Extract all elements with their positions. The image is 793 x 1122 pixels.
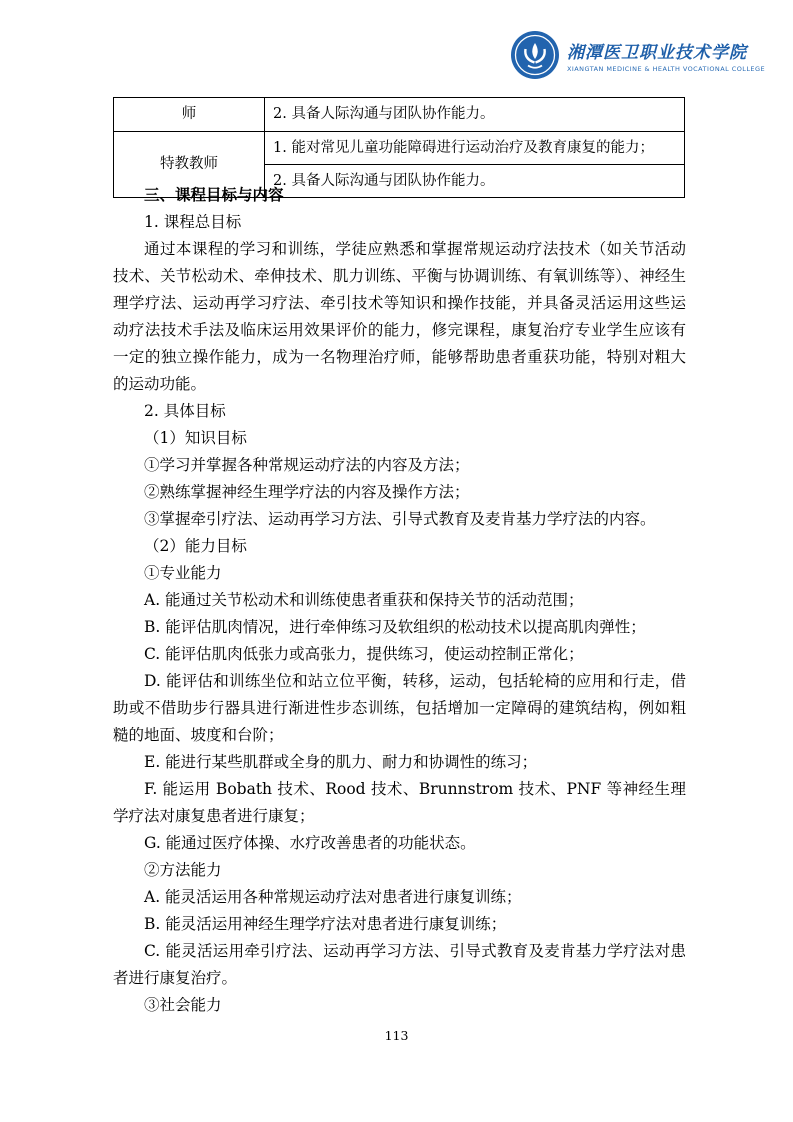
page-number: 113 [0,1028,793,1043]
subsection-title: 2. 具体目标 [113,398,686,425]
subsection-title: 1. 课程总目标 [113,209,686,236]
list-item: A. 能灵活运用各种常规运动疗法对患者进行康复训练； [113,884,686,911]
subsection-title: （2）能力目标 [113,533,686,560]
list-item: B. 能评估肌肉情况，进行牵伸练习及软组织的松动技术以提高肌肉弹性； [113,614,686,641]
list-item: B. 能灵活运用神经生理学疗法对患者进行康复训练； [113,911,686,938]
list-item: F. 能运用 Bobath 技术、Rood 技术、Brunnstrom 技术、P… [113,776,686,830]
body-text: 三、课程目标与内容 1. 课程总目标 通过本课程的学习和训练，学徒应熟悉和掌握常… [113,182,686,1019]
list-item: C. 能评估肌肉低张力或高张力，提供练习，使运动控制正常化； [113,641,686,668]
list-item: C. 能灵活运用牵引疗法、运动再学习方法、引导式教育及麦肯基力学疗法对患者进行康… [113,938,686,992]
list-item: ②熟练掌握神经生理学疗法的内容及操作方法； [113,479,686,506]
list-item: A. 能通过关节松动术和训练使患者重获和保持关节的活动范围； [113,587,686,614]
table-row: 特教教师 1. 能对常见儿童功能障碍进行运动治疗及教育康复的能力； [114,132,685,165]
college-seal-icon [510,30,560,80]
paragraph: 通过本课程的学习和训练，学徒应熟悉和掌握常规运动疗法技术（如关节活动技术、关节松… [113,236,686,398]
college-logo: 湘潭医卫职业技术学院 XIANGTAN MEDICINE & HEALTH VO… [510,30,765,80]
subsection-title: ③社会能力 [113,992,686,1019]
list-item: G. 能通过医疗体操、水疗改善患者的功能状态。 [113,830,686,857]
table-row: 师 2. 具备人际沟通与团队协作能力。 [114,98,685,132]
list-item: ③掌握牵引疗法、运动再学习方法、引导式教育及麦肯基力学疗法的内容。 [113,506,686,533]
list-item: E. 能进行某些肌群或全身的肌力、耐力和协调性的练习； [113,749,686,776]
subsection-title: （1）知识目标 [113,425,686,452]
document-page: 湘潭医卫职业技术学院 XIANGTAN MEDICINE & HEALTH VO… [0,0,793,1122]
capability-cell: 2. 具备人际沟通与团队协作能力。 [265,98,685,132]
college-name: 湘潭医卫职业技术学院 XIANGTAN MEDICINE & HEALTH VO… [567,38,765,73]
capability-cell: 1. 能对常见儿童功能障碍进行运动治疗及教育康复的能力； [265,132,685,165]
list-item: ①学习并掌握各种常规运动疗法的内容及方法； [113,452,686,479]
role-cell: 师 [114,98,265,132]
section-heading: 三、课程目标与内容 [113,182,686,209]
college-name-en: XIANGTAN MEDICINE & HEALTH VOCATIONAL CO… [567,65,765,73]
subsection-title: ①专业能力 [113,560,686,587]
college-name-zh: 湘潭医卫职业技术学院 [567,38,765,63]
subsection-title: ②方法能力 [113,857,686,884]
list-item: D. 能评估和训练坐位和站立位平衡，转移，运动，包括轮椅的应用和行走，借助或不借… [113,668,686,749]
